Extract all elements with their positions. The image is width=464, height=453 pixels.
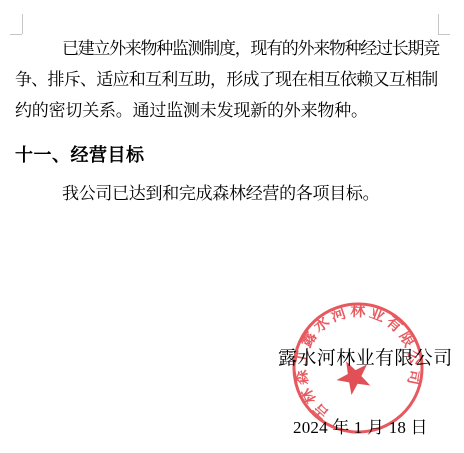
text-line: 争、排斥、适应和互利互助，形成了现在相互依赖又互相制: [15, 64, 438, 95]
text-line: 约的密切关系。通过监测未发现新的外来物种。: [15, 95, 438, 126]
margin-mark-top-right: [438, 34, 450, 35]
body-paragraph-2: 我公司已达到和完成森林经营的各项目标。: [15, 181, 438, 207]
text-line: 已建立外来物种监测制度，现有的外来物种经过长期竞: [15, 33, 438, 64]
signature-date: 2024 年 1 月 18 日: [293, 417, 428, 439]
document-page: 已建立外来物种监测制度，现有的外来物种经过长期竞 争、排斥、适应和互利互助，形成…: [0, 0, 464, 453]
section-heading: 十一、经营目标: [15, 144, 145, 166]
margin-mark-top-right: [438, 14, 439, 34]
margin-mark-top-left: [22, 14, 23, 34]
body-paragraph-1: 已建立外来物种监测制度，现有的外来物种经过长期竞 争、排斥、适应和互利互助，形成…: [15, 33, 438, 126]
signature-company-name: 露水河林业有限公司: [278, 348, 453, 370]
